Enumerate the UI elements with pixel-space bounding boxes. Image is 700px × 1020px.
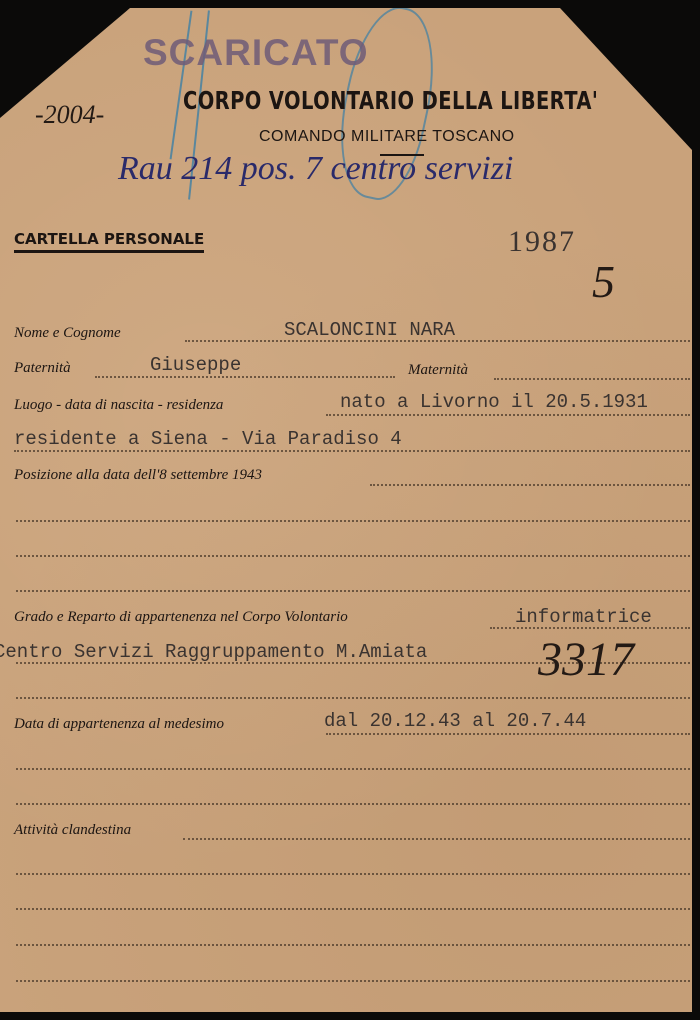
- membership-label: Data di appartenenza al medesimo: [14, 716, 224, 733]
- blank-line: [16, 520, 690, 522]
- name-label: Nome e Cognome: [14, 325, 121, 342]
- membership-line: [326, 733, 690, 735]
- rank-label: Grado e Reparto di appartenenza nel Corp…: [14, 609, 348, 626]
- maternity-label: Maternità: [408, 362, 468, 379]
- archive-number: -2004-: [35, 100, 104, 130]
- scaricato-stamp: SCARICATO: [143, 32, 369, 74]
- paternity-value: Giuseppe: [150, 354, 241, 376]
- unit-handwritten-number: 3317: [538, 632, 634, 687]
- blank-line: [16, 1016, 690, 1018]
- maternity-line: [494, 378, 690, 380]
- birth-label: Luogo - data di nascita - residenza: [14, 397, 223, 414]
- organization-title: CORPO VOLONTARIO DELLA LIBERTA': [183, 86, 598, 115]
- name-value: SCALONCINI NARA: [284, 319, 455, 341]
- blank-line: [16, 944, 690, 946]
- activity-label: Attività clandestina: [14, 822, 131, 839]
- activity-line: [183, 838, 690, 840]
- card-number: 1987: [508, 225, 576, 259]
- position-label: Posizione alla data dell'8 settembre 194…: [14, 467, 262, 484]
- blank-line: [16, 803, 690, 805]
- birth-line: [326, 414, 690, 416]
- blank-line: [16, 590, 690, 592]
- rank-value: informatrice: [515, 606, 652, 628]
- blank-line: [16, 697, 690, 699]
- blank-line: [16, 768, 690, 770]
- paternity-line: [95, 376, 395, 378]
- position-line: [370, 484, 690, 486]
- blank-line: [16, 980, 690, 982]
- handwritten-number: 5: [592, 255, 615, 308]
- residence-value: residente a Siena - Via Paradiso 4: [14, 428, 402, 450]
- membership-value: dal 20.12.43 al 20.7.44: [324, 710, 586, 732]
- personnel-card: SCARICATO -2004- CORPO VOLONTARIO DELLA …: [0, 0, 692, 1020]
- unit-value: Centro Servizi Raggruppamento M.Amiata: [0, 641, 427, 663]
- blank-line: [16, 873, 690, 875]
- command-subtitle: COMANDO MILITARE TOSCANO: [259, 128, 515, 146]
- residence-line: [14, 450, 690, 452]
- form-title: CARTELLA PERSONALE: [14, 230, 204, 253]
- paternity-label: Paternità: [14, 360, 71, 377]
- handwritten-reference: Rau 214 pos. 7 centro servizi: [118, 150, 513, 188]
- birth-value: nato a Livorno il 20.5.1931: [340, 391, 648, 413]
- blank-line: [16, 555, 690, 557]
- blank-line: [16, 908, 690, 910]
